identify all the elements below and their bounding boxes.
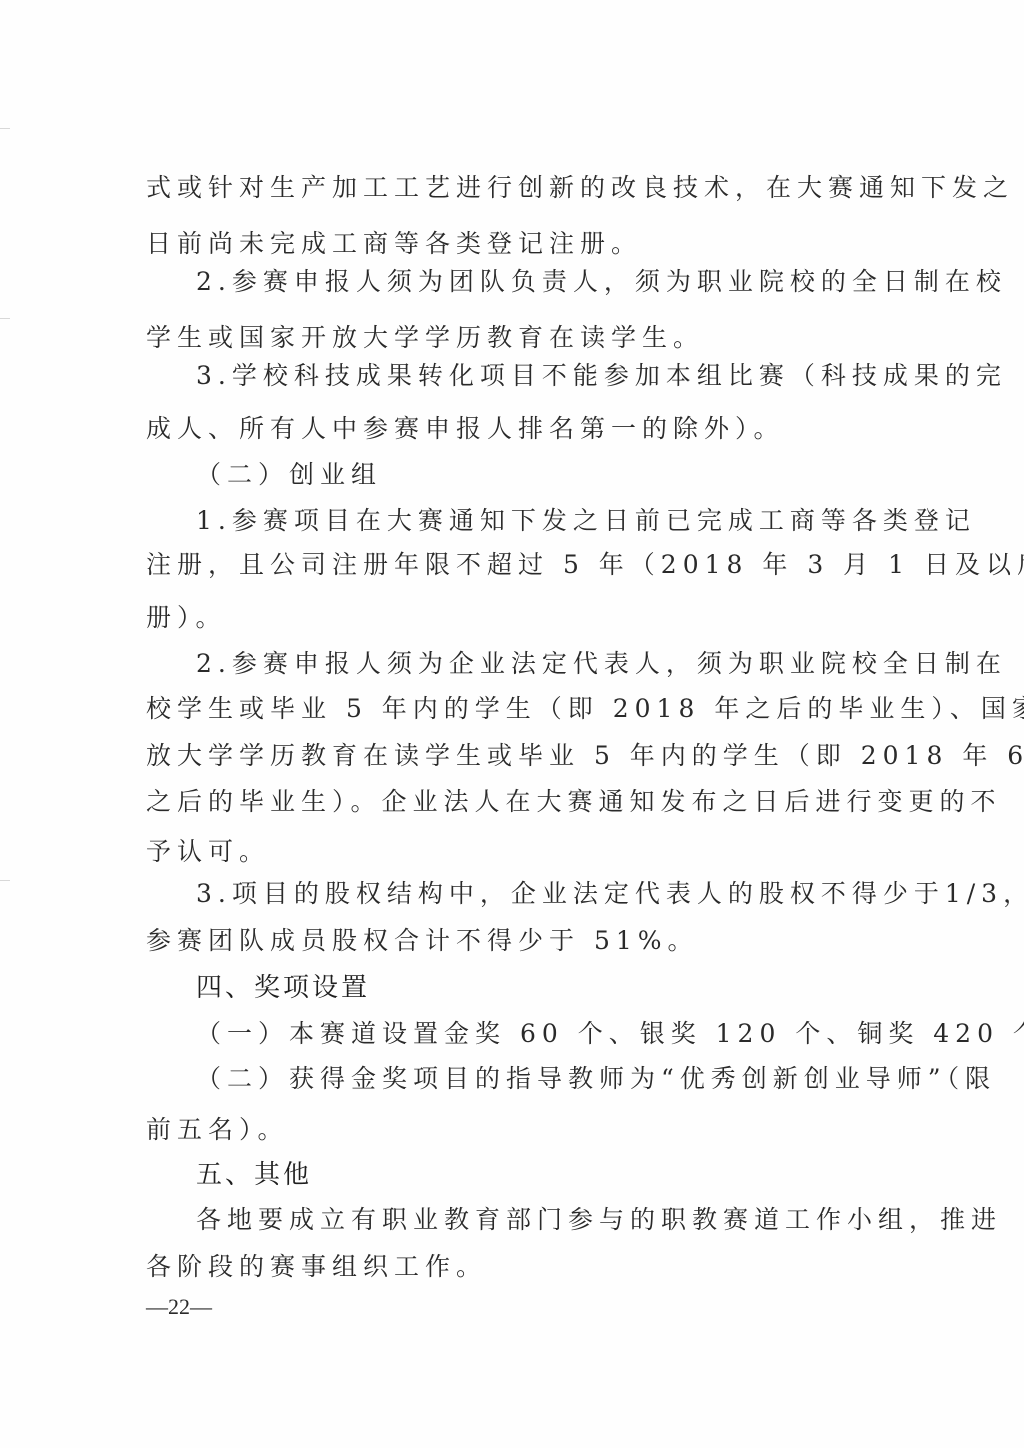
- text-line: 3.项目的股权结构中，企业法定代表人的股权不得少于1/3，: [196, 878, 1024, 910]
- text-line: 校学生或毕业 5 年内的学生（即 2018 年之后的毕业生）、国家开: [146, 693, 1024, 725]
- text-line: 2.参赛申报人须为企业法定代表人，须为职业院校全日制在: [196, 648, 1007, 680]
- text-line: 予认可。: [146, 836, 270, 868]
- text-line: 册）。: [146, 602, 227, 634]
- scan-edge-mark: [0, 880, 10, 881]
- section-heading: 五、其他: [196, 1159, 312, 1191]
- text-line: 各地要成立有职业教育部门参与的职教赛道工作小组，推进: [196, 1204, 1002, 1236]
- text-line: 之后的毕业生）。企业法人在大赛通知发布之日后进行变更的不: [146, 786, 1002, 818]
- text-line: 各阶段的赛事组织工作。: [146, 1251, 487, 1283]
- text-line: 1.参赛项目在大赛通知下发之日前已完成工商等各类登记: [196, 505, 976, 537]
- text-line: （二）创业组: [196, 459, 382, 491]
- text-line: 学生或国家开放大学学历教育在读学生。: [146, 322, 704, 354]
- document-page: 式或针对生产加工工艺进行创新的改良技术，在大赛通知下发之日前尚未完成工商等各类登…: [0, 0, 1024, 1448]
- text-line: 前五名）。: [146, 1114, 289, 1146]
- text-line: （二）获得金奖项目的指导教师为“优秀创新创业导师”（限: [196, 1063, 996, 1095]
- page-number: —22—: [146, 1294, 212, 1320]
- text-line: 式或针对生产加工工艺进行创新的改良技术，在大赛通知下发之: [146, 172, 1014, 204]
- scan-edge-mark: [0, 318, 10, 319]
- text-line: 3.学校科技成果转化项目不能参加本组比赛（科技成果的完: [196, 360, 1007, 392]
- text-line: （一）本赛道设置金奖 60 个、银奖 120 个、铜奖 420 个。: [196, 1018, 1024, 1050]
- text-line: 2.参赛申报人须为团队负责人，须为职业院校的全日制在校: [196, 266, 1007, 298]
- text-line: 参赛团队成员股权合计不得少于 51%。: [146, 925, 699, 957]
- text-line: 日前尚未完成工商等各类登记注册。: [146, 228, 642, 260]
- text-line: 注册，且公司注册年限不超过 5 年（2018 年 3 月 1 日及以后注: [146, 549, 1024, 581]
- text-line: 放大学学历教育在读学生或毕业 5 年内的学生（即 2018 年 6 月: [146, 740, 1024, 772]
- scan-edge-mark: [0, 128, 10, 129]
- text-line: 成人、所有人中参赛申报人排名第一的除外）。: [146, 413, 785, 445]
- section-heading: 四、奖项设置: [196, 972, 370, 1004]
